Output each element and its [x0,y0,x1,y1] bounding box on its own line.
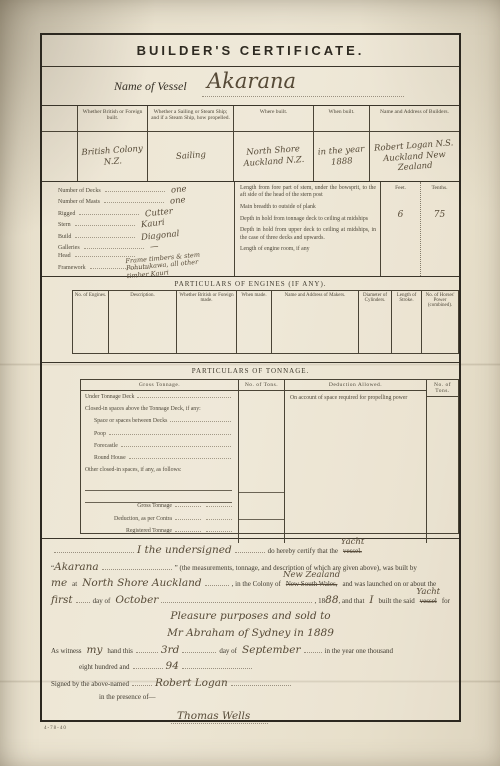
hand-month-2: September [242,644,300,656]
deduction-note: On account of space required for propell… [285,391,426,405]
dim-value-decks: one [170,184,187,196]
tonnage-row-labels: Under Tonnage Deck Closed-in spaces abov… [81,391,238,543]
dim-row-rigged: RiggedCutter [58,208,234,219]
cert-line-8: eight hundred and 94 [51,660,450,677]
feet-tenths-columns: Feet. Tenths. 6 75 [380,182,459,276]
build-value-builder: Robert Logan N.S. Auckland New Zealand [369,132,459,181]
hand-month: October [115,594,158,606]
hand-first: first [51,594,73,606]
dim-value-stern: Kauri [140,218,165,230]
dim-value-galleries: — [149,242,158,253]
tonnage-total-gross: Gross Tonnage [85,503,234,515]
tonnage-row-poop: Poop [85,431,234,443]
hand-vessel-name: Akarana [54,561,99,573]
vessel-name-handwritten: Akarana [207,69,296,93]
build-table-header-row: Whether British or Foreign built. Whethe… [42,106,459,132]
cert-line-10: in the presence of— [51,693,450,710]
tonnage-tons-column-1: No. of Tons. [238,380,284,543]
tonnage-section: PARTICULARS OF TONNAGE. Gross Tonnage. U… [42,363,459,539]
tonnage-header-tons-2: No. of Tons. [427,380,458,397]
engines-header-cylinders: Diameter of Cylinders. [358,291,391,313]
hand-sold-to: Mr Abraham of Sydney in 1889 [167,627,334,639]
page-title: BUILDER'S CERTIFICATE. [137,43,365,58]
print-for: for [442,597,450,605]
dim-row-decks: Number of Decksone [58,185,234,196]
tonnage-header-deduction: Deduction Allowed. [285,380,426,391]
build-header-when: When built. [313,106,369,131]
engines-header-stroke: Length of Stroke. [391,291,421,313]
engines-header-makers: Name and Address of Makers. [271,291,358,313]
tonnage-title: PARTICULARS OF TONNAGE. [42,363,459,377]
build-margin-cell [42,106,77,131]
hand-purpose: Pleasure purposes and sold to [170,610,330,622]
tonnage-total-deduction: Deduction, as per Contra [85,516,234,528]
tons-sum-line [239,492,284,493]
hand-signature-witness: Thomas Wells [171,710,268,724]
measure-depth-upper: Depth in hold from upper deck to ceiling… [240,227,376,241]
hand-me: me [51,577,67,589]
feet-header: Feet. [381,185,420,191]
tenths-header: Tenths. [420,185,459,191]
tonnage-table: Gross Tonnage. Under Tonnage Deck Closed… [80,379,459,534]
build-value-british: British Colony N.Z. [77,132,147,181]
print-eight-hundred: eight hundred and [79,663,130,671]
measure-length: Length from fore part of stem, under the… [240,185,376,199]
build-value-when: in the year 1888 [313,132,369,181]
vessel-name-section: Name of Vessel Akarana [42,67,459,106]
vessel-name-rule [202,96,404,97]
dim-value-build: Diagonal [141,229,180,243]
print-year-pre: , 18 [315,597,326,605]
struck-nsw: New South Wales, New Zealand [286,580,338,588]
build-header-where: Where built. [233,106,313,131]
dim-row-stern: SternKauri [58,219,234,230]
tonnage-header-gross: Gross Tonnage. [81,380,238,391]
certificate-frame: BUILDER'S CERTIFICATE. Name of Vessel Ak… [40,33,461,722]
build-header-british: Whether British or Foreign built. [77,106,147,131]
engines-header-horsepower: No. of Horses' Power (combined). [421,291,458,313]
form-print-code: 4-78-40 [44,726,67,731]
print-day-of: day of [93,597,111,605]
cert-line-11: Thomas Wells [51,710,450,727]
breadth-feet-value: 6 [381,210,420,220]
cert-line-2: “ Akarana ” (the measurements, tonnage, … [51,561,450,578]
breadth-tenths-value: 75 [420,210,459,220]
tons-sum-line [239,519,284,520]
print-certify: do hereby certify that the [268,547,338,555]
engines-title: PARTICULARS OF ENGINES (IF ANY). [42,277,459,288]
build-header-sailing: Whether a Sailing or Steam Ship; and if … [147,106,233,131]
print-and-that: , and that [339,597,365,605]
print-year-words: in the year one thousand [325,647,393,655]
cert-line-3: me at North Shore Auckland , in the Colo… [51,577,450,594]
build-table-section: Whether British or Foreign built. Whethe… [42,106,459,182]
title-section: BUILDER'S CERTIFICATE. [42,35,459,67]
print-day-of-2: day of [219,647,237,655]
tonnage-gross-column: Gross Tonnage. Under Tonnage Deck Closed… [81,380,238,543]
tonnage-blank-line [85,479,232,491]
certification-section: I the undersigned do hereby certify that… [42,539,459,727]
hand-yacht-insert-2: Yacht [416,587,440,597]
struck-vessel-2: vessel Yacht [420,597,437,605]
engines-header-description: Description. [108,291,176,313]
print-presence-of: in the presence of— [99,693,156,701]
tonnage-row-under-deck: Under Tonnage Deck [85,394,234,406]
hand-nz-insert: New Zealand [283,570,340,580]
cert-line-5: Pleasure purposes and sold to [51,610,450,627]
dim-row-masts: Number of Mastsone [58,196,234,207]
tonnage-row-closed-spaces: Closed-in spaces above the Tonnage Deck,… [85,406,234,418]
dimensions-measurements: Length from fore part of stem, under the… [234,182,380,276]
feet-tenths-divider [420,182,421,276]
measure-breadth: Main breadth to outside of plank [240,204,376,211]
vessel-name-label: Name of Vessel [114,79,187,94]
hand-signature-builder: Robert Logan [155,677,228,689]
tonnage-row-between-decks: Space or spaces between Decks [85,418,234,430]
tonnage-row-round-house: Round House [85,455,234,467]
tonnage-row-forecastle: Forecastle [85,443,234,455]
hand-i: I [369,594,373,606]
print-signed-by: Signed by the above-named [51,680,129,688]
build-margin-cell [42,132,77,181]
engines-header-row: No. of Engines. Description. Whether Bri… [72,290,459,313]
cert-line-1: I the undersigned do hereby certify that… [51,544,450,561]
cert-line-6: Mr Abraham of Sydney in 1889 [51,627,450,644]
tonnage-tons-column-2: No. of Tons. [426,380,458,543]
tonnage-blank-line [85,491,232,503]
hand-place: North Shore Auckland [82,577,201,589]
cert-line-9: Signed by the above-named Robert Logan [51,677,450,694]
hand-year-88: 88 [325,594,338,606]
print-at: at [72,580,77,588]
hand-year-94: 94 [166,660,179,672]
build-value-sailing: Sailing [147,132,233,181]
print-built-said: built the said [379,597,415,605]
struck-vessel-1: vessel. Yacht [343,547,362,555]
measure-engine-room: Length of engine room, if any [240,246,376,253]
dim-row-build: BuildDiagonal [58,231,234,242]
measure-depth-tonnage: Depth in hold from tonnage deck to ceili… [240,216,376,223]
build-table-value-row: British Colony N.Z. Sailing North Shore … [42,132,459,181]
engines-section: PARTICULARS OF ENGINES (IF ANY). No. of … [42,277,459,363]
build-value-where: North Shore Auckland N.Z. [233,132,313,181]
build-header-builder: Name and Address of Builders. [369,106,459,131]
hand-my: my [87,644,103,656]
dim-value-masts: one [170,196,187,208]
engines-header-number: No. of Engines. [73,291,108,313]
cert-line-7: As witness my hand this 3rd day of Septe… [51,644,450,661]
print-colony-of: , in the Colony of [232,580,281,588]
cert-line-4: first day of October , 18 88 , and that … [51,594,450,611]
dimensions-section: Number of Decksone Number of Mastsone Ri… [42,182,459,277]
tonnage-deduction-column: Deduction Allowed. On account of space r… [284,380,426,543]
print-hand-this: hand this [107,647,132,655]
engines-header-origin: Whether British or Foreign made. [176,291,236,313]
hand-day-num: 3rd [161,644,179,656]
dimensions-labels: Number of Decksone Number of Mastsone Ri… [42,182,234,276]
tonnage-row-other-spaces: Other closed-in spaces, if any, as follo… [85,467,234,479]
scanned-certificate-page: BUILDER'S CERTIFICATE. Name of Vessel Ak… [0,0,500,766]
print-as-witness: As witness [51,647,82,655]
hand-yacht-insert-1: Yacht [341,537,365,547]
engines-header-when-made: When made. [236,291,271,313]
hand-undersigned: I the undersigned [137,544,232,556]
engines-empty-row [72,313,459,354]
tonnage-header-tons-1: No. of Tons. [239,380,284,391]
